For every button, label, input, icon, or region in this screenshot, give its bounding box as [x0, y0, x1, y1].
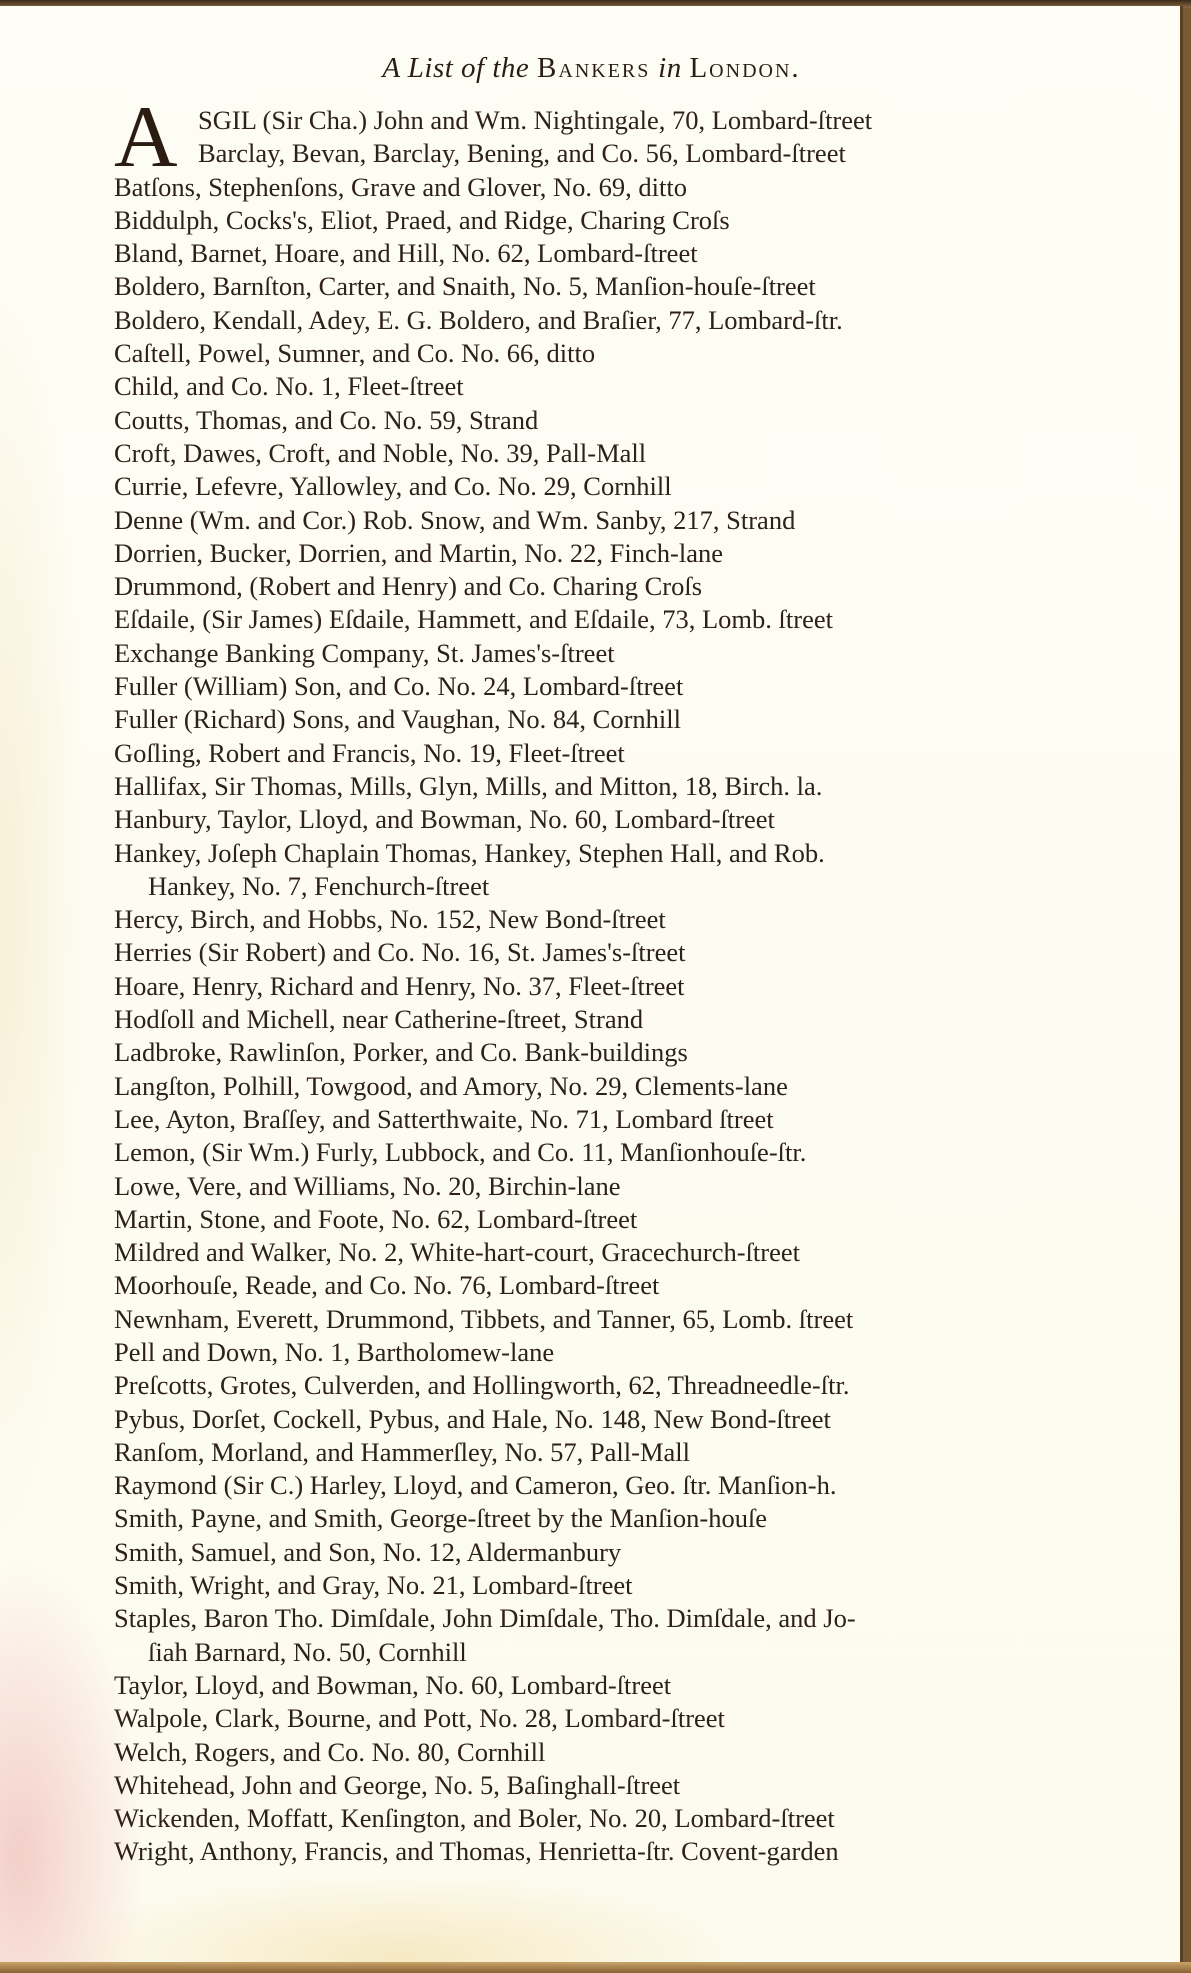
list-item: Lowe, Vere, and Williams, No. 20, Birchi…: [114, 1170, 1164, 1203]
list-item: Child, and Co. No. 1, Fleet-ſtreet: [114, 370, 1164, 403]
list-item: Newnham, Everett, Drummond, Tibbets, and…: [114, 1303, 1164, 1336]
list-item-continuation: ſiah Barnard, No. 50, Cornhill: [114, 1636, 1164, 1669]
list-item: Croft, Dawes, Croft, and Noble, No. 39, …: [114, 437, 1164, 470]
list-item: SGIL (Sir Cha.) John and Wm. Nightingale…: [114, 104, 1164, 137]
list-item: Ranſom, Morland, and Hammerſley, No. 57,…: [114, 1436, 1164, 1469]
page-bottom-edge: [0, 1962, 1191, 1973]
list-item: Currie, Lefevre, Yallowley, and Co. No. …: [114, 470, 1164, 503]
list-item: Barclay, Bevan, Barclay, Bening, and Co.…: [114, 137, 1164, 170]
list-item: Mildred and Walker, No. 2, White-hart-co…: [114, 1236, 1164, 1269]
list-item: Hanbury, Taylor, Lloyd, and Bowman, No. …: [114, 803, 1164, 836]
list-item: Ladbroke, Rawlinſon, Porker, and Co. Ban…: [114, 1036, 1164, 1069]
list-item: Wright, Anthony, Francis, and Thomas, He…: [114, 1835, 1164, 1868]
list-item: Bland, Barnet, Hoare, and Hill, No. 62, …: [114, 237, 1164, 270]
list-item: Coutts, Thomas, and Co. No. 59, Strand: [114, 404, 1164, 437]
list-item: Hankey, Joſeph Chaplain Thomas, Hankey, …: [114, 837, 1164, 870]
list-item: Boldero, Barnſton, Carter, and Snaith, N…: [114, 270, 1164, 303]
list-item: Eſdaile, (Sir James) Eſdaile, Hammett, a…: [114, 603, 1164, 636]
list-item: Exchange Banking Company, St. James's-ſt…: [114, 637, 1164, 670]
list-item: Smith, Wright, and Gray, No. 21, Lombard…: [114, 1569, 1164, 1602]
list-item: Martin, Stone, and Foote, No. 62, Lombar…: [114, 1203, 1164, 1236]
list-item: Whitehead, John and George, No. 5, Baſin…: [114, 1769, 1164, 1802]
list-item: Pybus, Dorſet, Cockell, Pybus, and Hale,…: [114, 1403, 1164, 1436]
list-item: Batſons, Stephenſons, Grave and Glover, …: [114, 171, 1164, 204]
list-item: Denne (Wm. and Cor.) Rob. Snow, and Wm. …: [114, 504, 1164, 537]
list-item: Fuller (William) Son, and Co. No. 24, Lo…: [114, 670, 1164, 703]
list-item: Langſton, Polhill, Towgood, and Amory, N…: [114, 1070, 1164, 1103]
title-part-3: in: [650, 52, 689, 84]
book-page: A List of the Bankers in London. A SGIL …: [0, 6, 1183, 1967]
list-item: Herries (Sir Robert) and Co. No. 16, St.…: [114, 936, 1164, 969]
list-item: Dorrien, Bucker, Dorrien, and Martin, No…: [114, 537, 1164, 570]
list-item: Lee, Ayton, Braſſey, and Satterthwaite, …: [114, 1103, 1164, 1136]
list-item: Smith, Samuel, and Son, No. 12, Alderman…: [114, 1536, 1164, 1569]
list-item: Hoare, Henry, Richard and Henry, No. 37,…: [114, 970, 1164, 1003]
list-item: Caſtell, Powel, Sumner, and Co. No. 66, …: [114, 337, 1164, 370]
list-item: Staples, Baron Tho. Dimſdale, John Dimſd…: [114, 1602, 1164, 1635]
list-item: Preſcotts, Grotes, Culverden, and Hollin…: [114, 1369, 1164, 1402]
title-part-1: A List of the: [382, 52, 537, 84]
bankers-list: SGIL (Sir Cha.) John and Wm. Nightingale…: [114, 104, 1164, 1869]
list-item: Fuller (Richard) Sons, and Vaughan, No. …: [114, 703, 1164, 736]
list-item: Hercy, Birch, and Hobbs, No. 152, New Bo…: [114, 903, 1164, 936]
list-item: Smith, Payne, and Smith, George-ſtreet b…: [114, 1502, 1164, 1535]
list-item: Drummond, (Robert and Henry) and Co. Cha…: [114, 570, 1164, 603]
page-title: A List of the Bankers in London.: [0, 52, 1183, 85]
list-item: Welch, Rogers, and Co. No. 80, Cornhill: [114, 1736, 1164, 1769]
list-item: Walpole, Clark, Bourne, and Pott, No. 28…: [114, 1702, 1164, 1735]
list-item: Goſling, Robert and Francis, No. 19, Fle…: [114, 737, 1164, 770]
list-item: Taylor, Lloyd, and Bowman, No. 60, Lomba…: [114, 1669, 1164, 1702]
list-item: Raymond (Sir C.) Harley, Lloyd, and Came…: [114, 1469, 1164, 1502]
title-part-4: London.: [689, 52, 800, 84]
list-item-continuation: Hankey, No. 7, Fenchurch-ſtreet: [114, 870, 1164, 903]
list-item: Hodſoll and Michell, near Catherine-ſtre…: [114, 1003, 1164, 1036]
list-item: Boldero, Kendall, Adey, E. G. Boldero, a…: [114, 304, 1164, 337]
title-part-2: Bankers: [537, 52, 650, 84]
list-item: Moorhouſe, Reade, and Co. No. 76, Lombar…: [114, 1269, 1164, 1302]
list-item: Biddulph, Cocks's, Eliot, Praed, and Rid…: [114, 204, 1164, 237]
list-item: Lemon, (Sir Wm.) Furly, Lubbock, and Co.…: [114, 1136, 1164, 1169]
list-item: Hallifax, Sir Thomas, Mills, Glyn, Mills…: [114, 770, 1164, 803]
list-item: Wickenden, Moffatt, Kenſington, and Bole…: [114, 1802, 1164, 1835]
list-item: Pell and Down, No. 1, Bartholomew-lane: [114, 1336, 1164, 1369]
